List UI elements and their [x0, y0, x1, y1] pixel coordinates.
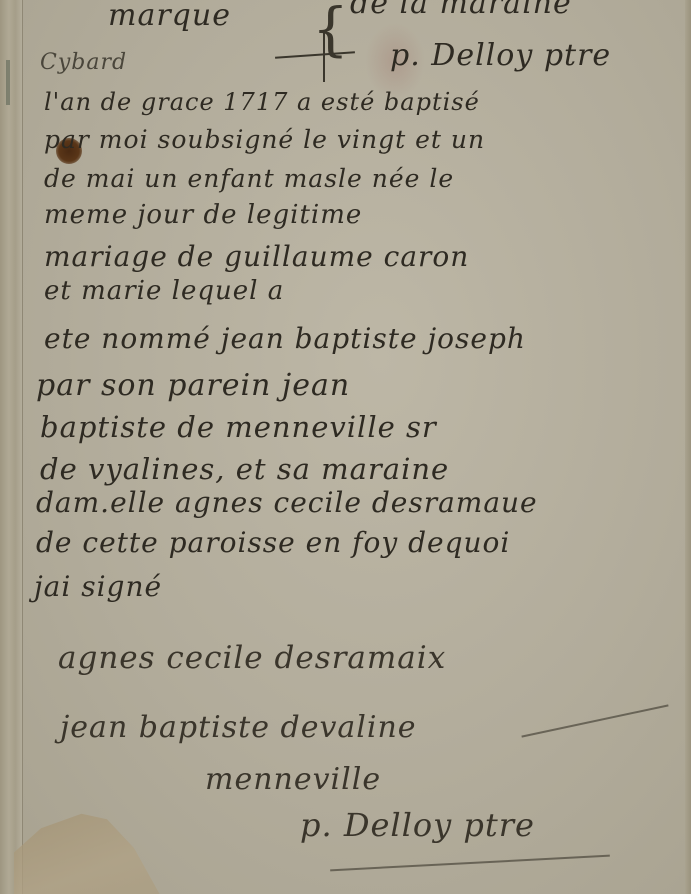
mark-label: marque: [108, 0, 231, 33]
cross-mark-icon: [275, 32, 355, 82]
text-line-10: de vyalines, et sa maraine: [40, 452, 449, 486]
text-line-6: et marie lequel a: [44, 276, 284, 306]
signature-godfather: jean baptiste devaline: [60, 710, 417, 745]
signature-priest: p. Delloy ptre: [300, 806, 535, 844]
text-line-3: de mai un enfant masle née le: [44, 164, 454, 193]
signature-flourish: [521, 704, 668, 737]
text-line-7: ete nommé jean baptiste joseph: [44, 322, 526, 355]
text-line-12: de cette paroisse en foy dequoi: [36, 526, 510, 559]
text-line-11: dam.elle agnes cecile desramaue: [36, 486, 538, 519]
text-line-2: par moi soubsigné le vingt et un: [44, 125, 485, 154]
text-line-1: l'an de grace 1717 a esté baptisé: [44, 88, 480, 116]
text-line-4: meme jour de legitime: [44, 200, 362, 230]
marraine-label: de la maraine: [350, 0, 572, 21]
priest-signature-header: p. Delloy ptre: [390, 38, 611, 73]
text-line-13: jai signé: [34, 570, 162, 603]
text-line-9: baptiste de menneville sr: [40, 410, 437, 444]
margin-note: Cybard: [40, 50, 127, 75]
water-stain-corner: [14, 812, 164, 894]
signature-menneville: menneville: [205, 762, 381, 797]
signature-godmother: agnes cecile desramaix: [58, 640, 446, 676]
document-page: marque { de la maraine Cybard p. Delloy …: [0, 0, 691, 894]
page-right-edge: [685, 0, 691, 894]
binding-mark: [6, 60, 10, 105]
text-line-8: par son parein jean: [36, 368, 350, 403]
priest-signature-flourish: [330, 855, 610, 872]
page-binding-edge: [0, 0, 23, 894]
text-line-5: mariage de guillaume caron: [44, 240, 469, 273]
